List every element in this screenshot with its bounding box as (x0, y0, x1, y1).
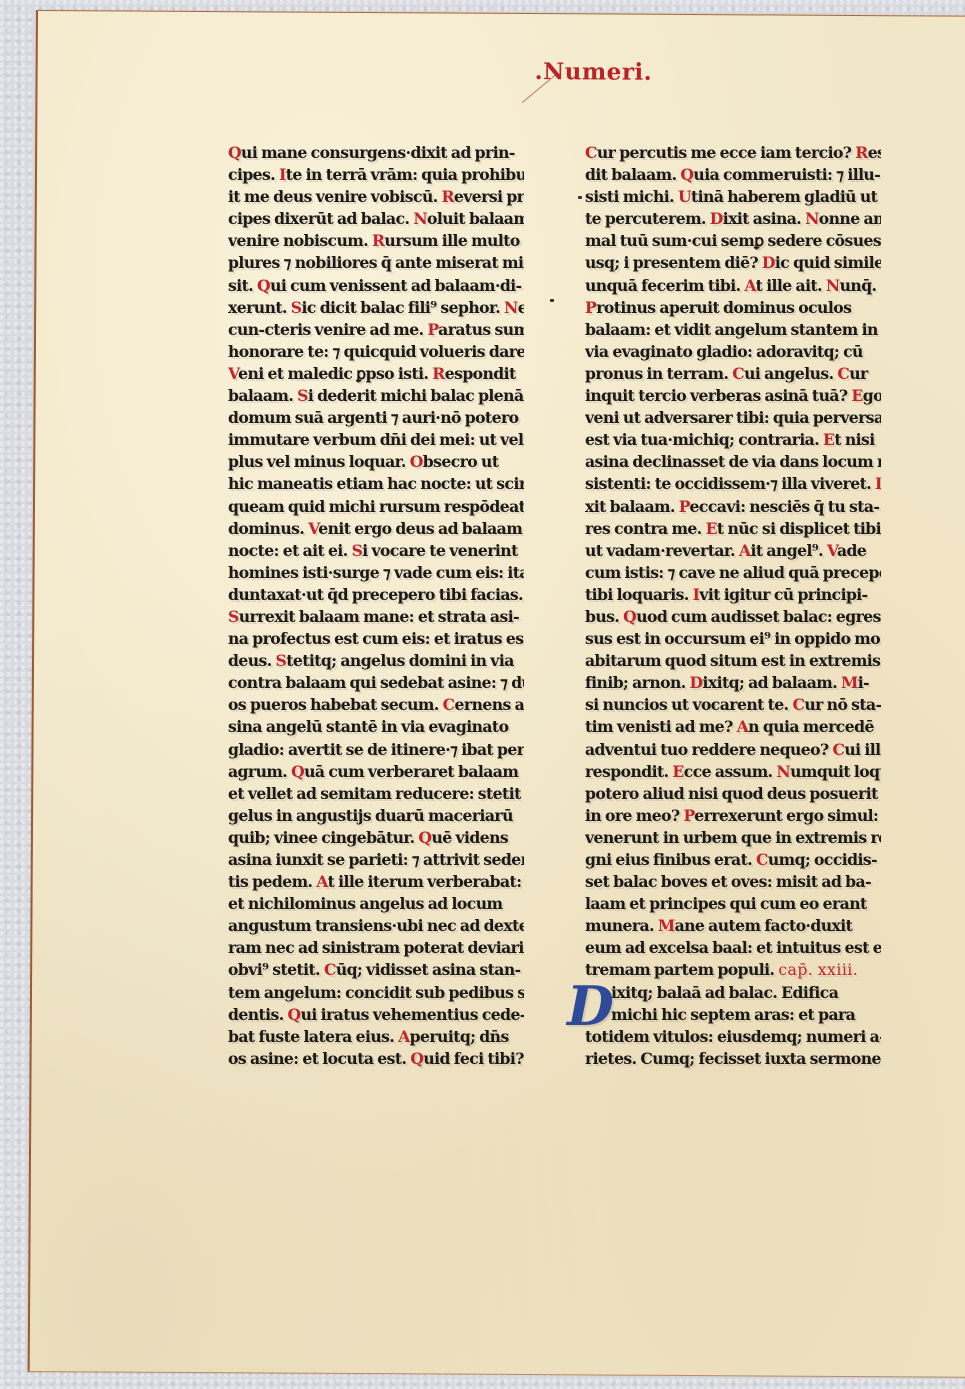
rubricated-initial: C (792, 695, 804, 714)
rubricated-initial: Q (288, 1005, 301, 1024)
text-line: it me deus venire vobiscū. Reversi prin- (228, 186, 524, 208)
text-line: nocte: et ait ei. Si vocare te venerint (228, 540, 524, 562)
rubricated-initial: E (851, 386, 862, 405)
margin-prick-mark (578, 196, 582, 199)
text-line: unquā fecerim tibi. At ille ait. Nunq̄. (585, 275, 881, 297)
text-line: deus. Stetitq; angelus domini in via (228, 650, 524, 672)
rubricated-initial: D (762, 253, 775, 272)
rubricated-initial: A (737, 717, 749, 736)
text-line: na profectus est cum eis: et iratus est (228, 628, 524, 650)
text-line: Cur percutis me ecce iam tercio? Respon- (585, 142, 881, 164)
rubricated-initial: R (372, 231, 384, 250)
rubricated-initial: U (678, 187, 691, 206)
rubricated-initial: S (352, 541, 363, 560)
text-line: sit. Qui cum venissent ad balaam·di- (228, 275, 524, 297)
text-line: pronus in terram. Cui angelus. Cur (585, 363, 881, 385)
text-line: homines isti·surge ⁊ vade cum eis: ita (228, 562, 524, 584)
rubricated-initial: Q (291, 762, 304, 781)
rubricated-initial: P (427, 320, 438, 339)
rubricated-initial: D (875, 474, 881, 493)
rubricated-initial: V (228, 364, 238, 383)
chapter-heading: cap̄. xxiii. (778, 961, 858, 979)
right-text-column: Cur percutis me ecce iam tercio? Respon-… (585, 142, 881, 1070)
text-line: plus vel minus loquar. Obsecro ut (228, 451, 524, 473)
text-line: mal tuū sum·cui semꝑ sedere cōsuesti: (585, 230, 881, 252)
text-line: sistenti: te occidissem·⁊ illa viveret. … (585, 473, 881, 495)
text-line: finib; arnon. Dixitq; ad balaam. Mi- (585, 672, 881, 694)
text-line: os pueros habebat secum. Cernens a- (228, 694, 524, 716)
rubricated-initial: P (585, 298, 596, 317)
rubricated-initial: N (776, 762, 790, 781)
text-line: agrum. Quā cum verberaret balaam (228, 761, 524, 783)
rubricated-initial: S (276, 651, 287, 670)
text-line: sina angelū stantē in via evaginato (228, 716, 524, 738)
rubricated-initial: R (855, 143, 867, 162)
text-line: asina declinasset de via dans locum re- (585, 451, 881, 473)
rubricated-initial: Q (257, 276, 270, 295)
text-line: balaam. Si dederit michi balac plenā (228, 385, 524, 407)
text-line: tibi loquaris. Ivit igitur cū principi- (585, 584, 881, 606)
rubricated-initial: A (316, 872, 327, 891)
text-line: cipes. Ite in terrā vrām: quia prohibu- (228, 164, 524, 186)
text-line: veni ut adversarer tibi: quia perversa (585, 407, 881, 429)
running-head-title: Numeri (543, 58, 644, 86)
right-column-lines: Cur percutis me ecce iam tercio? Respon-… (585, 142, 881, 959)
text-line: et vellet ad semitam reducere: stetit an… (228, 783, 524, 805)
running-head-dot: . (535, 58, 544, 85)
text-line: tremam partem populi. (585, 960, 778, 979)
rubricated-initial: Q (228, 143, 241, 162)
text-line: hic maneatis etiam hac nocte: ut scire (228, 473, 524, 495)
text-line: dit balaam. Quia commeruisti: ⁊ illu- (585, 164, 881, 186)
text-line: in ore meo? Perrexerunt ergo simul: ⁊ (585, 805, 881, 827)
text-line: cipes dixerūt ad balac. Noluit balaam (228, 208, 524, 230)
rubricated-initial: C (324, 960, 336, 979)
rubricated-initial: N (805, 209, 819, 228)
text-line: adventui tuo reddere nequeo? Cui ille (585, 739, 881, 761)
rubricated-initial: A (739, 541, 751, 560)
rubricated-initial: C (832, 740, 844, 759)
text-line: te percuterem. Dixit asina. Nonne ani- (585, 208, 881, 230)
text-line: quib; vinee cingebātur. Quē videns (228, 827, 524, 849)
chapter-text-line: rietes. Cumq; fecisset iuxta sermonem (585, 1048, 881, 1070)
text-line: Qui mane consurgens·dixit ad prin- (228, 142, 524, 164)
text-line: munera. Mane autem facto·duxit (585, 915, 881, 937)
rubricated-initial: O (410, 452, 423, 471)
text-line: cum istis: ⁊ cave ne aliud quā precepero (585, 562, 881, 584)
text-line: gni eius finibus erat. Cumq; occidis- (585, 849, 881, 871)
rubricated-initial: A (398, 1027, 410, 1046)
rubricated-initial: Q (680, 165, 693, 184)
rubricated-initial: N (413, 209, 427, 228)
rubricated-initial: S (228, 607, 239, 626)
text-line: gelus in angustijs duarū maceriarū (228, 805, 524, 827)
text-line: dominus. Venit ergo deus ad balaam (228, 518, 524, 540)
text-line: xit balaam. Peccavi: nesciēs q̄ tu sta- (585, 496, 881, 518)
text-line: laam et principes qui cum eo erant (585, 893, 881, 915)
text-line: et nichilominus angelus ad locum (228, 893, 524, 915)
rubricated-initial: I (693, 585, 700, 604)
rubricated-initial: E (672, 762, 683, 781)
chapter-text-line: ixitq; balaā ad balac. Edifica (585, 982, 881, 1004)
rubricated-initial: N (504, 298, 518, 317)
text-line: queam quid michi rursum respōdeat (228, 496, 524, 518)
rubricated-initial: V (308, 519, 318, 538)
text-line: Surrexit balaam mane: et strata asi- (228, 606, 524, 628)
text-line: usq; i presentem diē? Dic quid simile (585, 252, 881, 274)
text-line: venire nobiscum. Rursum ille multo (228, 230, 524, 252)
rubricated-initial: C (443, 695, 455, 714)
text-line: sisti michi. Utinā haberem gladiū ut (585, 186, 881, 208)
text-line: os asine: et locuta est. Quid feci tibi? (228, 1048, 524, 1070)
text-line: venerunt in urbem que in extremis re- (585, 827, 881, 849)
text-line: Protinus aperuit dominus oculos (585, 297, 881, 319)
text-line: honorare te: ⁊ quicquid volueris dare. (228, 341, 524, 363)
text-line: immutare verbum dn̄i dei mei: ut vel (228, 429, 524, 451)
rubricated-initial: S (291, 298, 302, 317)
text-line: res contra me. Et nūc si displicet tibi (585, 518, 881, 540)
rubricated-initial: Q (410, 1049, 423, 1068)
text-line: potero aliud nisi quod deus posuerit (585, 783, 881, 805)
text-line: ut vadam·revertar. Ait angel⁹. Vade (585, 540, 881, 562)
rubricated-initial: A (744, 276, 755, 295)
rubricated-initial: M (658, 916, 675, 935)
text-line: angustum transiens·ubi nec ad dexte- (228, 915, 524, 937)
text-line: tim venisti ad me? An quia mercedē (585, 716, 881, 738)
text-line: Veni et maledic ꝑpso isti. Respondit (228, 363, 524, 385)
chapter-opening: D ixitq; balaā ad balac. Edificamichi hi… (585, 982, 881, 1070)
chapter-lines: ixitq; balaā ad balac. Edificamichi hic … (585, 982, 881, 1070)
text-line: obvi⁹ stetit. Cūq; vidisset asina stan- (228, 959, 524, 981)
text-line: est via tua·michiq; contraria. Et nisi (585, 429, 881, 451)
rubricated-initial: C (837, 364, 849, 383)
text-line: bat fuste latera eius. Aperuitq; dn̄s (228, 1026, 524, 1048)
rubricated-initial: R (432, 364, 444, 383)
chapter-text-line: totidem vitulos: eiusdemq; numeri a- (585, 1026, 881, 1048)
rubricated-initial: E (823, 430, 834, 449)
decorated-initial: D (567, 980, 613, 1032)
chapter-rubric-line: tremam partem populi. cap̄. xxiii. (585, 959, 881, 981)
rubricated-initial: M (841, 673, 858, 692)
text-line: respondit. Ecce assum. Numquit loqui (585, 761, 881, 783)
rubricated-initial: D (690, 673, 703, 692)
rubricated-initial: V (827, 541, 837, 560)
text-line: bus. Quod cum audisset balac: egres- (585, 606, 881, 628)
text-line: xerunt. Sic dicit balac fili⁹ sephor. Ne (228, 297, 524, 319)
text-line: tis pedem. At ille iterum verberabat: (228, 871, 524, 893)
text-line: asina iunxit se parieti: ⁊ attrivit sede… (228, 849, 524, 871)
text-line: cun-cteris venire ad me. Paratus sum (228, 319, 524, 341)
running-head-dot: . (644, 59, 653, 86)
rubricated-initial: Q (623, 607, 636, 626)
text-line: via evaginato gladio: adoravitq; cū (585, 341, 881, 363)
rubricated-initial: C (585, 143, 597, 162)
margin-prick-mark (550, 299, 554, 302)
rubricated-initial: Q (418, 828, 431, 847)
left-text-column: Qui mane consurgens·dixit ad prin-cipes.… (228, 142, 524, 1070)
rubricated-initial: N (826, 276, 840, 295)
rubricated-initial: S (297, 386, 308, 405)
rubricated-initial: R (442, 187, 454, 206)
text-line: gladio: avertit se de itinere·⁊ ibat per (228, 739, 524, 761)
rubricated-initial: D (710, 209, 723, 228)
text-line: inquit tercio verberas asinā tuā? Ego (585, 385, 881, 407)
text-line: ram nec ad sinistram poterat deviari: (228, 937, 524, 959)
rubricated-initial: P (679, 497, 690, 516)
chapter-text-line: michi hic septem aras: et para (585, 1004, 881, 1026)
text-line: set balac boves et oves: misit ad ba- (585, 871, 881, 893)
text-line: tem angelum: concidit sub pedibus se- (228, 982, 524, 1004)
text-line: duntaxat·ut q̄d precepero tibi facias. (228, 584, 524, 606)
text-line: sus est in occursum ei⁹ in oppido mo- (585, 628, 881, 650)
rubricated-initial: E (706, 519, 717, 538)
rubricated-initial: C (732, 364, 744, 383)
text-line: domum suā argenti ⁊ auri·nō potero (228, 407, 524, 429)
running-head: .Numeri. (535, 58, 653, 86)
text-line: contra balaam qui sedebat asine: ⁊ du- (228, 672, 524, 694)
text-line: abitarum quod situm est in extremis (585, 650, 881, 672)
text-line: balaam: et vidit angelum stantem in (585, 319, 881, 341)
text-line: dentis. Qui iratus vehementius cede- (228, 1004, 524, 1026)
text-line: eum ad excelsa baal: et intuitus est ex- (585, 937, 881, 959)
rubricated-initial: C (756, 850, 768, 869)
text-line: si nuncios ut vocarent te. Cur nō sta- (585, 694, 881, 716)
rubricated-initial: I (279, 165, 286, 184)
rubricated-initial: P (683, 806, 694, 825)
text-line: plures ⁊ nobiliores q̄ ante miserat mi- (228, 252, 524, 274)
